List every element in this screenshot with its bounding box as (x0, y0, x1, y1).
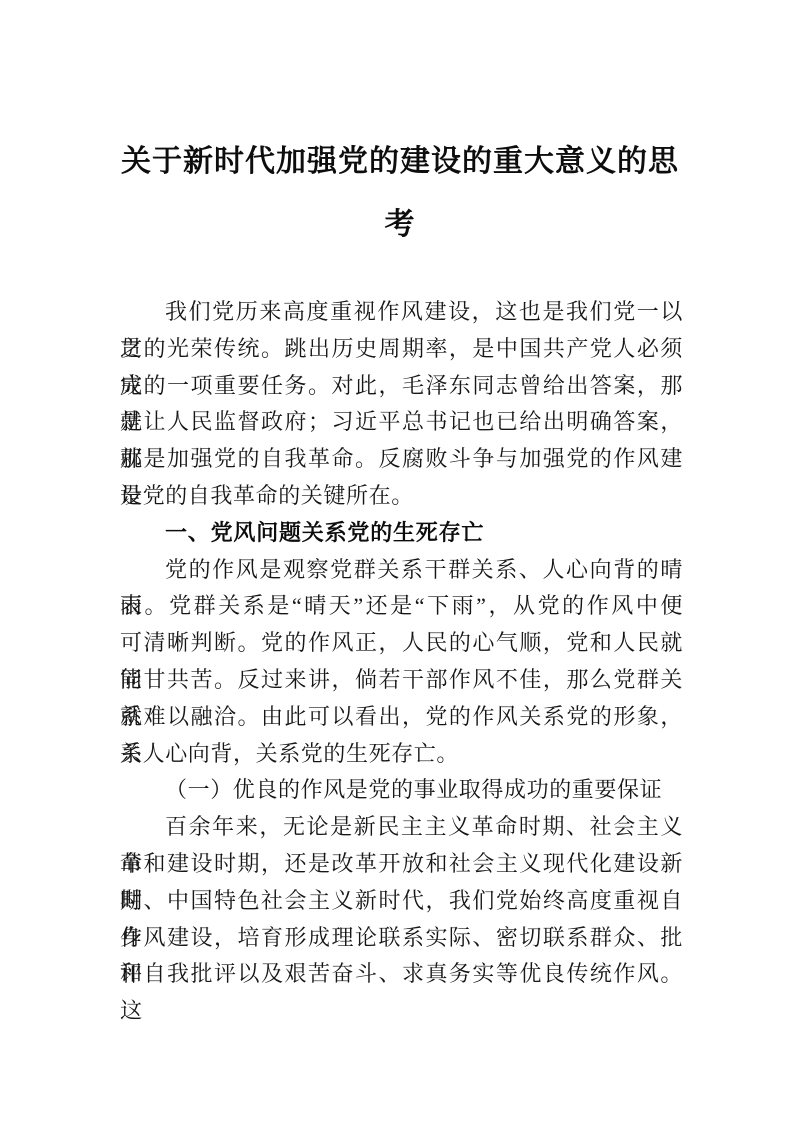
paragraph-3: 百余年来，无论是新民主主义革命时期、社会主义革 命和建设时期，还是改革开放和社会… (120, 809, 683, 993)
text-line: 就是加强党的自我革命。反腐败斗争与加强党的作风建设 (120, 441, 683, 478)
paragraph-2: 党的作风是观察党群关系干群关系、人心向背的晴雨 表。党群关系是“晴天”还是“下雨… (120, 552, 683, 773)
text-line: 和自我批评以及艰苦奋斗、求真务实等优良传统作风。这 (120, 956, 683, 993)
text-line: 作风建设，培育形成理论联系实际、密切联系群众、批评 (120, 920, 683, 957)
document-title: 关于新时代加强党的建设的重大意义的思 考 (0, 0, 800, 256)
document-page: 关于新时代加强党的建设的重大意义的思 考 我们党历来高度重视作风建设，这也是我们… (0, 0, 800, 1131)
text-line: 成的一项重要任务。对此，毛泽东同志曾给出答案，那就 (120, 368, 683, 405)
text-line: 我们党历来高度重视作风建设，这也是我们党一以贯 (120, 294, 683, 331)
text-line: 党的作风是观察党群关系干群关系、人心向背的晴雨 (120, 552, 683, 589)
subsection-heading-1: （一）优良的作风是党的事业取得成功的重要保证 (120, 772, 683, 809)
text-line: 表。党群关系是“晴天”还是“下雨”，从党的作风中便 (120, 588, 683, 625)
text-line: 之的光荣传统。跳出历史周期率，是中国共产党人必须完 (120, 331, 683, 368)
document-body: 我们党历来高度重视作风建设，这也是我们党一以贯 之的光荣传统。跳出历史周期率，是… (120, 294, 683, 993)
text-line: 百余年来，无论是新民主主义革命时期、社会主义革 (120, 809, 683, 846)
text-line: 就难以融洽。由此可以看出，党的作风关系党的形象，关 (120, 699, 683, 736)
text-line: 是党的自我革命的关键所在。 (120, 478, 683, 515)
text-line: 同甘共苦。反过来讲，倘若干部作风不佳，那么党群关系 (120, 662, 683, 699)
text-line: 命和建设时期，还是改革开放和社会主义现代化建设新时 (120, 846, 683, 883)
title-line-1: 关于新时代加强党的建设的重大意义的思 (0, 130, 800, 193)
title-line-2: 考 (0, 193, 800, 256)
section-heading-1: 一、党风问题关系党的生死存亡 (120, 515, 683, 552)
text-line: 可清晰判断。党的作风正，人民的心气顺，党和人民就能 (120, 625, 683, 662)
text-line: 系人心向背，关系党的生死存亡。 (120, 736, 683, 773)
text-line: 是让人民监督政府；习近平总书记也已给出明确答案，那 (120, 404, 683, 441)
text-line: 期、中国特色社会主义新时代，我们党始终高度重视自身 (120, 883, 683, 920)
paragraph-1: 我们党历来高度重视作风建设，这也是我们党一以贯 之的光荣传统。跳出历史周期率，是… (120, 294, 683, 515)
